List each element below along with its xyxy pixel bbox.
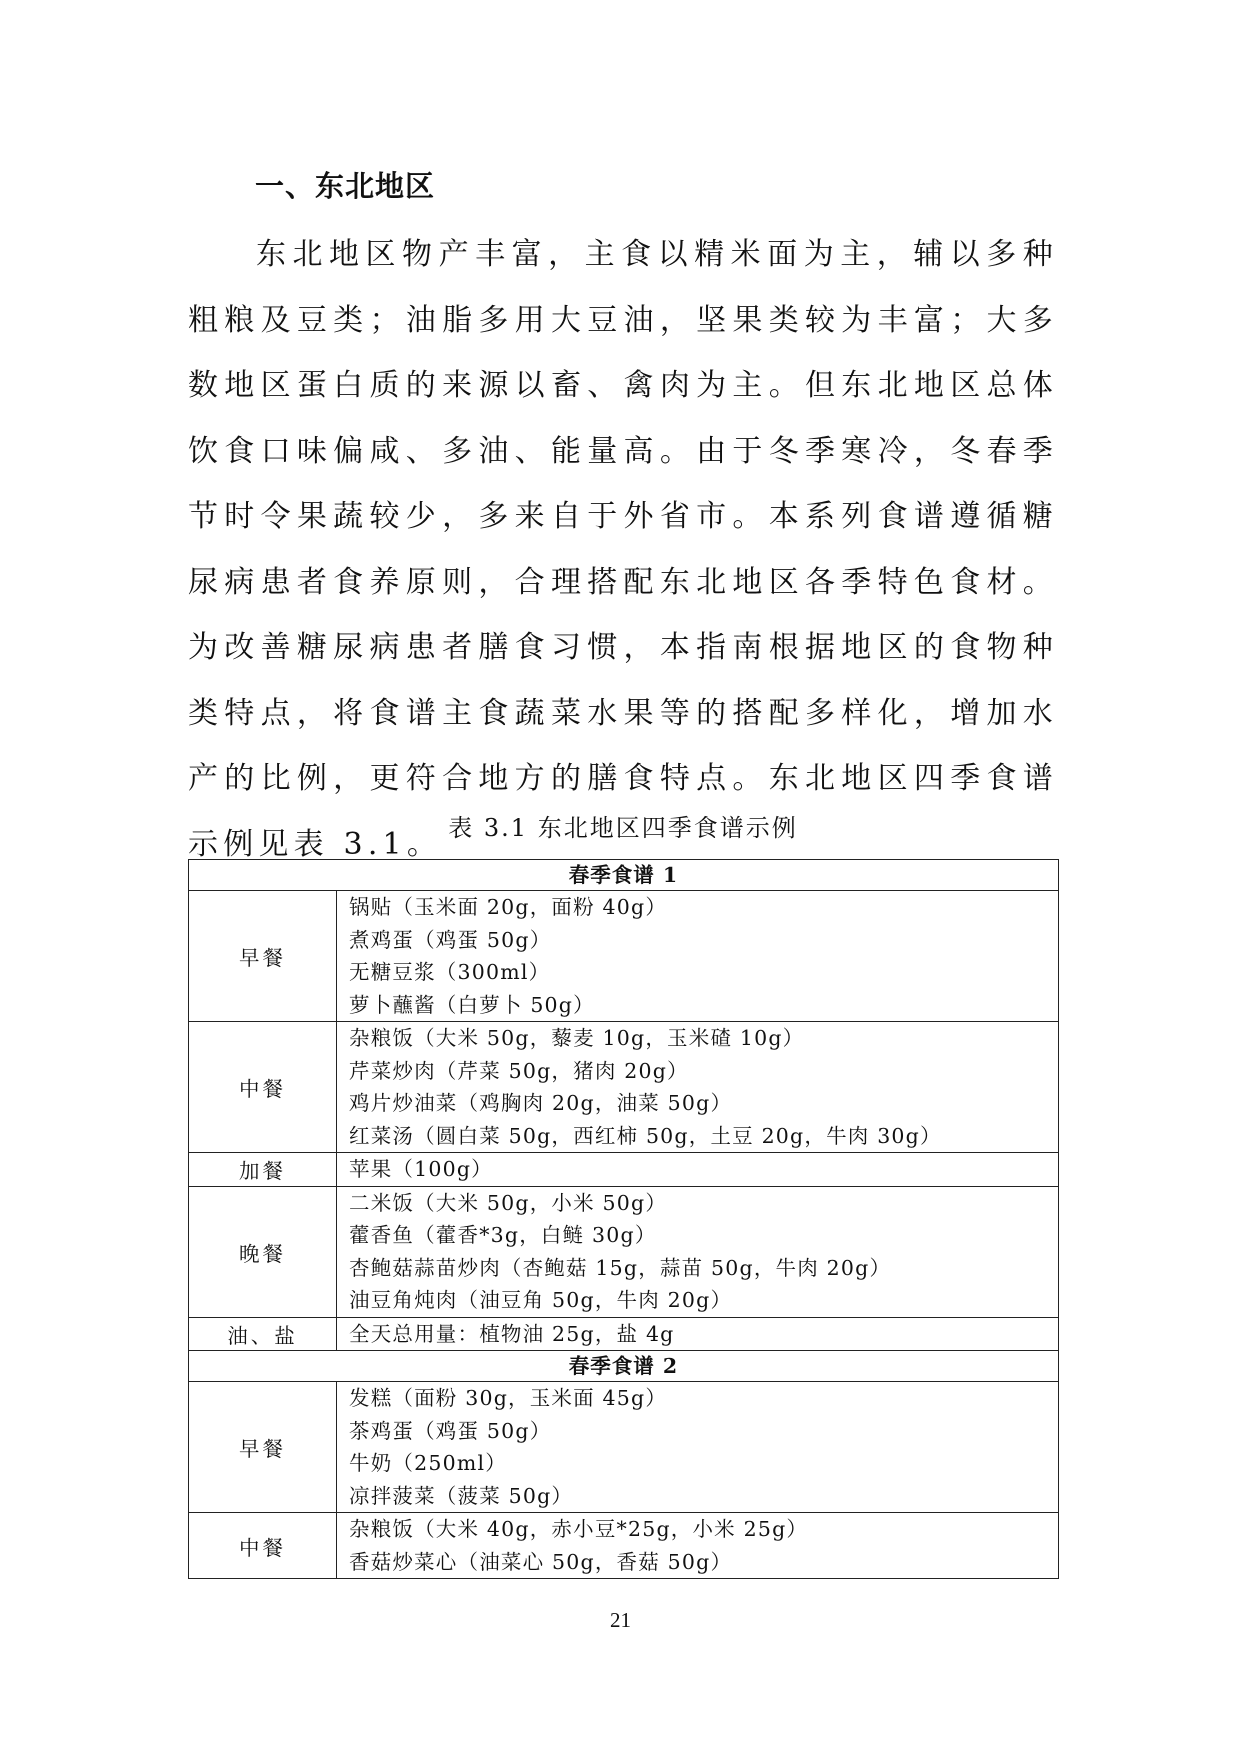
table-caption: 表 3.1 东北地区四季食谱示例	[188, 810, 1058, 846]
plan-title-row: 春季食谱 1	[189, 860, 1059, 891]
dish-item: 油豆角炖肉（油豆角 50g，牛肉 20g）	[349, 1284, 1058, 1317]
dish-list: 二米饭（大米 50g，小米 50g） 藿香鱼（藿香*3g，白鲢 30g） 杏鲍菇…	[337, 1186, 1059, 1317]
plan-title: 春季食谱 2	[189, 1351, 1059, 1382]
section-heading: 一、东北地区	[255, 166, 435, 206]
dish-item: 杂粮饭（大米 40g，赤小豆*25g，小米 25g）	[349, 1513, 1058, 1546]
dish-list: 杂粮饭（大米 40g，赤小豆*25g，小米 25g） 香菇炒菜心（油菜心 50g…	[337, 1513, 1059, 1579]
dish-list: 全天总用量：植物油 25g，盐 4g	[337, 1317, 1059, 1351]
dish-item: 发糕（面粉 30g，玉米面 45g）	[349, 1382, 1058, 1415]
meal-label: 中餐	[189, 1513, 337, 1579]
meal-row-lunch: 中餐 杂粮饭（大米 50g，藜麦 10g，玉米碴 10g） 芹菜炒肉（芹菜 50…	[189, 1022, 1059, 1153]
body-paragraph: 东北地区物产丰富，主食以精米面为主，辅以多种粗粮及豆类；油脂多用大豆油，坚果类较…	[188, 222, 1058, 877]
dish-item: 藿香鱼（藿香*3g，白鲢 30g）	[349, 1219, 1058, 1252]
meal-label: 中餐	[189, 1022, 337, 1153]
dish-item: 煮鸡蛋（鸡蛋 50g）	[349, 924, 1058, 957]
dish-item: 鸡片炒油菜（鸡胸肉 20g，油菜 50g）	[349, 1087, 1058, 1120]
meal-row-oil-salt: 油、盐 全天总用量：植物油 25g，盐 4g	[189, 1317, 1059, 1351]
meal-label: 晚餐	[189, 1186, 337, 1317]
dish-item: 无糖豆浆（300ml）	[349, 956, 1058, 989]
dish-item: 杏鲍菇蒜苗炒肉（杏鲍菇 15g，蒜苗 50g，牛肉 20g）	[349, 1252, 1058, 1285]
meal-label: 加餐	[189, 1153, 337, 1187]
plan-title-row: 春季食谱 2	[189, 1351, 1059, 1382]
dish-item: 牛奶（250ml）	[349, 1447, 1058, 1480]
dish-list: 苹果（100g）	[337, 1153, 1059, 1187]
meal-label: 早餐	[189, 1382, 337, 1513]
meal-label: 早餐	[189, 891, 337, 1022]
plan-title: 春季食谱 1	[189, 860, 1059, 891]
dish-item: 红菜汤（圆白菜 50g，西红柿 50g，土豆 20g，牛肉 30g）	[349, 1120, 1058, 1153]
dish-item: 芹菜炒肉（芹菜 50g，猪肉 20g）	[349, 1055, 1058, 1088]
dish-item: 二米饭（大米 50g，小米 50g）	[349, 1187, 1058, 1220]
recipe-table: 春季食谱 1 早餐 锅贴（玉米面 20g，面粉 40g） 煮鸡蛋（鸡蛋 50g）…	[188, 859, 1059, 1579]
meal-row-lunch: 中餐 杂粮饭（大米 40g，赤小豆*25g，小米 25g） 香菇炒菜心（油菜心 …	[189, 1513, 1059, 1579]
document-page: 一、东北地区 东北地区物产丰富，主食以精米面为主，辅以多种粗粮及豆类；油脂多用大…	[0, 0, 1241, 1755]
dish-item: 全天总用量：植物油 25g，盐 4g	[349, 1318, 1058, 1351]
dish-list: 锅贴（玉米面 20g，面粉 40g） 煮鸡蛋（鸡蛋 50g） 无糖豆浆（300m…	[337, 891, 1059, 1022]
page-number: 21	[0, 1606, 1241, 1634]
meal-row-breakfast: 早餐 发糕（面粉 30g，玉米面 45g） 茶鸡蛋（鸡蛋 50g） 牛奶（250…	[189, 1382, 1059, 1513]
dish-item: 茶鸡蛋（鸡蛋 50g）	[349, 1415, 1058, 1448]
meal-row-snack: 加餐 苹果（100g）	[189, 1153, 1059, 1187]
meal-row-breakfast: 早餐 锅贴（玉米面 20g，面粉 40g） 煮鸡蛋（鸡蛋 50g） 无糖豆浆（3…	[189, 891, 1059, 1022]
dish-list: 发糕（面粉 30g，玉米面 45g） 茶鸡蛋（鸡蛋 50g） 牛奶（250ml）…	[337, 1382, 1059, 1513]
dish-item: 萝卜蘸酱（白萝卜 50g）	[349, 989, 1058, 1022]
dish-item: 香菇炒菜心（油菜心 50g，香菇 50g）	[349, 1546, 1058, 1579]
meal-label: 油、盐	[189, 1317, 337, 1351]
meal-row-dinner: 晚餐 二米饭（大米 50g，小米 50g） 藿香鱼（藿香*3g，白鲢 30g） …	[189, 1186, 1059, 1317]
dish-item: 杂粮饭（大米 50g，藜麦 10g，玉米碴 10g）	[349, 1022, 1058, 1055]
dish-item: 凉拌菠菜（菠菜 50g）	[349, 1480, 1058, 1513]
dish-item: 苹果（100g）	[349, 1153, 1058, 1186]
dish-item: 锅贴（玉米面 20g，面粉 40g）	[349, 891, 1058, 924]
dish-list: 杂粮饭（大米 50g，藜麦 10g，玉米碴 10g） 芹菜炒肉（芹菜 50g，猪…	[337, 1022, 1059, 1153]
